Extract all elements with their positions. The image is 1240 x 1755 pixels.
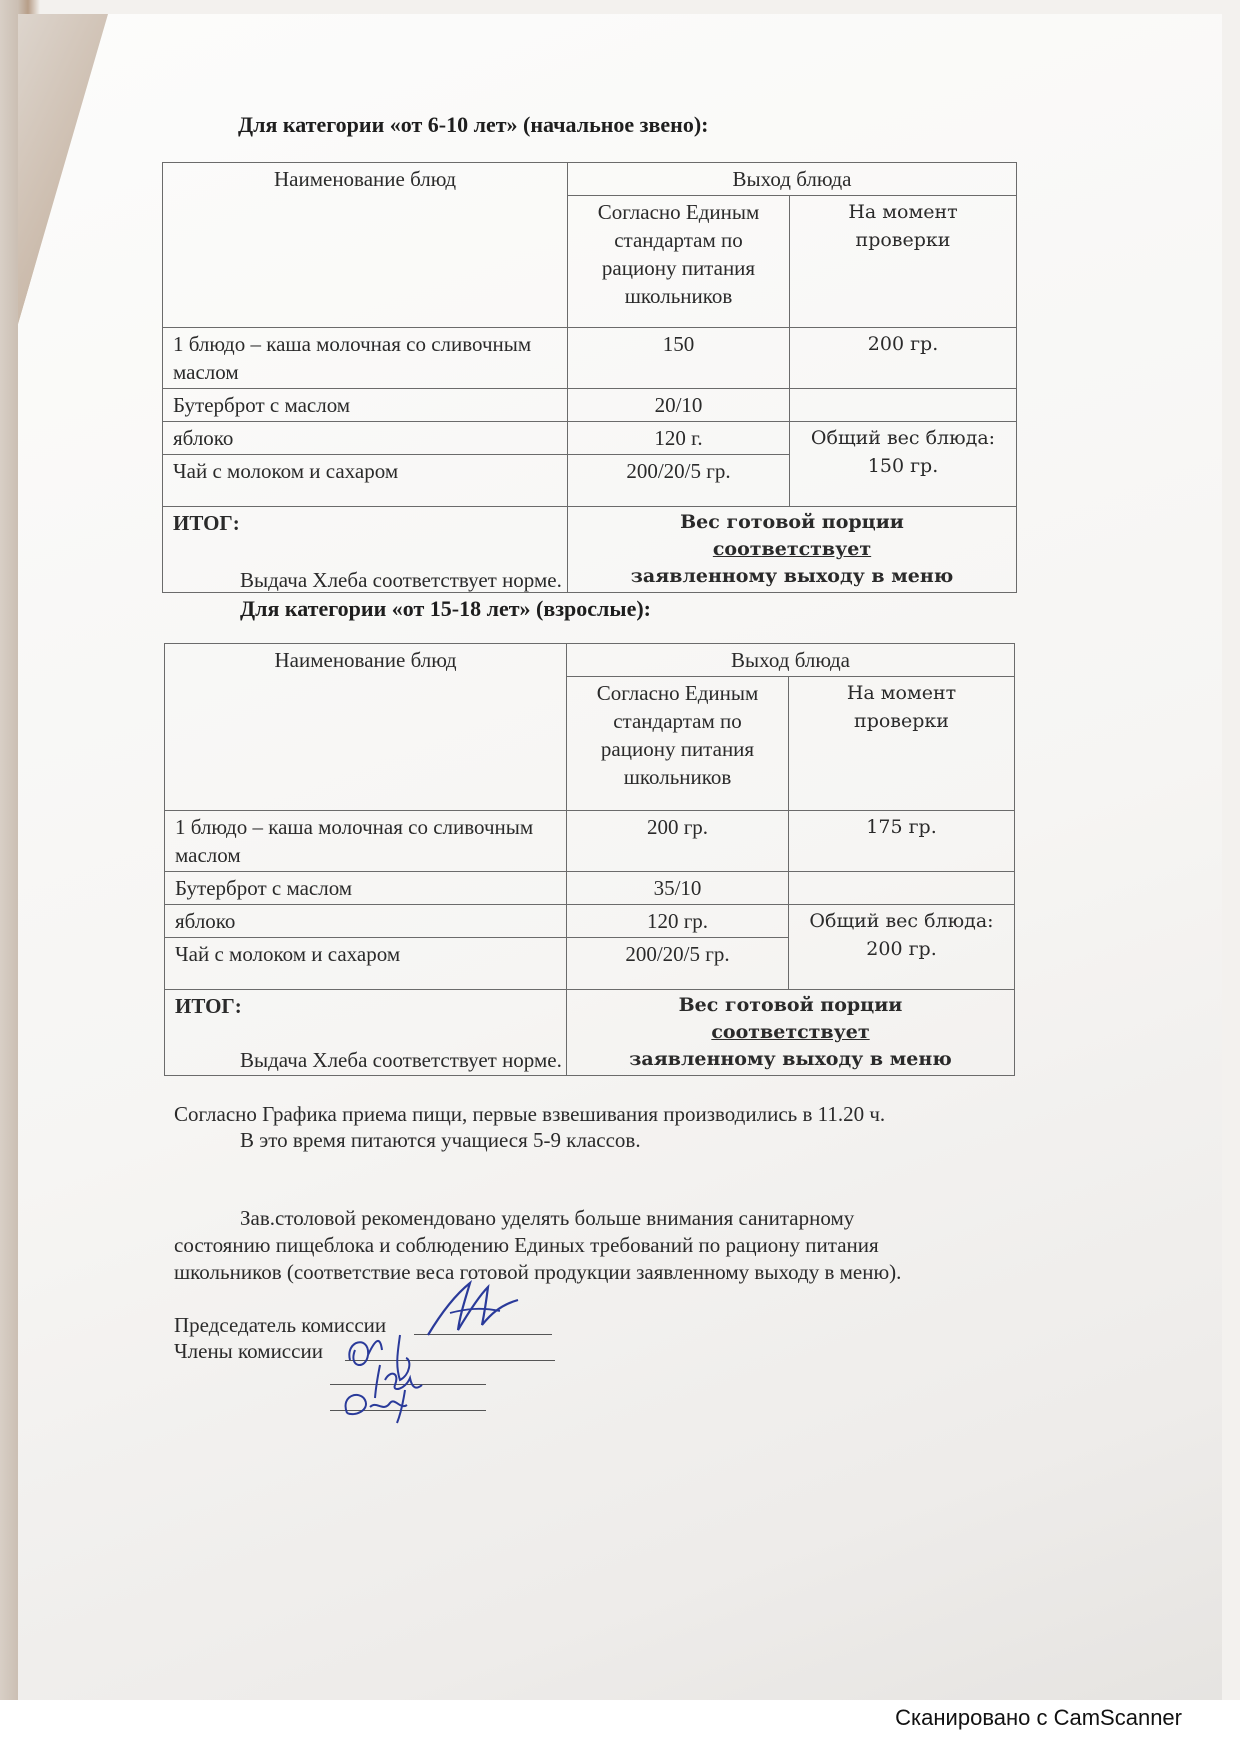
dish-name: Бутерброт с маслом <box>165 872 567 905</box>
section1-table: Наименование блюд Выход блюда Согласно Е… <box>162 162 1017 593</box>
dish-standard: 35/10 <box>567 872 789 905</box>
table-row: Бутерброт с маслом 20/10 <box>163 389 1017 422</box>
col-header-output: Выход блюда <box>567 644 1015 677</box>
dish-standard: 200/20/5 гр. <box>568 455 790 507</box>
section1-heading: Для категории «от 6-10 лет» (начальное з… <box>238 112 708 138</box>
dish-name: 1 блюдо – каша молочная со сливочным мас… <box>165 811 567 872</box>
member3-signature-icon <box>335 1385 445 1425</box>
total-line-2: соответствует <box>713 538 871 560</box>
dish-standard: 200/20/5 гр. <box>567 938 789 990</box>
dish-check-total-weight: Общий вес блюда: 150 гр. <box>790 422 1017 507</box>
table-row: Бутерброт с маслом 35/10 <box>165 872 1015 905</box>
dish-standard: 200 гр. <box>567 811 789 872</box>
total-line-2: соответствует <box>711 1021 869 1043</box>
dish-name: яблоко <box>165 905 567 938</box>
schedule-line-2: В это время питаются учащиеся 5-9 классо… <box>240 1128 641 1153</box>
col-header-standard: Согласно Единым стандартам по рациону пи… <box>567 677 789 811</box>
recommendation-line-2: состоянию пищеблока и соблюдению Единых … <box>174 1233 879 1258</box>
table-row: яблоко 120 г. Общий вес блюда: 150 гр. <box>163 422 1017 455</box>
section2-heading: Для категории «от 15-18 лет» (взрослые): <box>240 596 651 622</box>
dish-check: 200 гр. <box>790 328 1017 389</box>
total-verdict: Вес готовой порции соответствует заявлен… <box>567 990 1015 1076</box>
col-header-check: На момент проверки <box>790 196 1017 328</box>
table-row: 1 блюдо – каша молочная со сливочным мас… <box>165 811 1015 872</box>
col-header-dish-name: Наименование блюд <box>165 644 567 811</box>
section2-table: Наименование блюд Выход блюда Согласно Е… <box>164 643 1015 1076</box>
dish-standard: 150 <box>568 328 790 389</box>
schedule-line-1: Согласно Графика приема пищи, первые взв… <box>174 1102 885 1127</box>
dish-name: Чай с молоком и сахаром <box>163 455 568 507</box>
dish-name: Чай с молоком и сахаром <box>165 938 567 990</box>
col-header-standard: Согласно Единым стандартам по рациону пи… <box>568 196 790 328</box>
col-header-check: На момент проверки <box>789 677 1015 811</box>
recommendation-line-1: Зав.столовой рекомендовано уделять больш… <box>240 1206 854 1231</box>
col-header-output: Выход блюда <box>568 163 1017 196</box>
camscanner-watermark: Сканировано с CamScanner <box>895 1705 1182 1731</box>
total-verdict: Вес готовой порции соответствует заявлен… <box>568 507 1017 593</box>
total-line-3: заявленному выходу в меню <box>577 1046 1004 1073</box>
dish-check <box>790 389 1017 422</box>
table-row: 1 блюдо – каша молочная со сливочным мас… <box>163 328 1017 389</box>
col-header-dish-name: Наименование блюд <box>163 163 568 328</box>
total-line-1: Вес готовой порции <box>578 509 1006 536</box>
dish-standard: 120 г. <box>568 422 790 455</box>
dish-check <box>789 872 1015 905</box>
dish-name: 1 блюдо – каша молочная со сливочным мас… <box>163 328 568 389</box>
section2-bread-note: Выдача Хлеба соответствует норме. <box>240 1048 562 1073</box>
dish-name: Бутерброт с маслом <box>163 389 568 422</box>
dish-standard: 20/10 <box>568 389 790 422</box>
recommendation-line-3: школьников (соответствие веса готовой пр… <box>174 1260 901 1285</box>
dish-check: 175 гр. <box>789 811 1015 872</box>
section1-bread-note: Выдача Хлеба соответствует норме. <box>240 568 562 593</box>
dish-check-total-weight: Общий вес блюда: 200 гр. <box>789 905 1015 990</box>
dish-name: яблоко <box>163 422 568 455</box>
dish-standard: 120 гр. <box>567 905 789 938</box>
total-line-3: заявленному выходу в меню <box>578 563 1006 590</box>
table-row: яблоко 120 гр. Общий вес блюда: 200 гр. <box>165 905 1015 938</box>
total-line-1: Вес готовой порции <box>577 992 1004 1019</box>
members-label: Члены комиссии <box>174 1339 323 1364</box>
